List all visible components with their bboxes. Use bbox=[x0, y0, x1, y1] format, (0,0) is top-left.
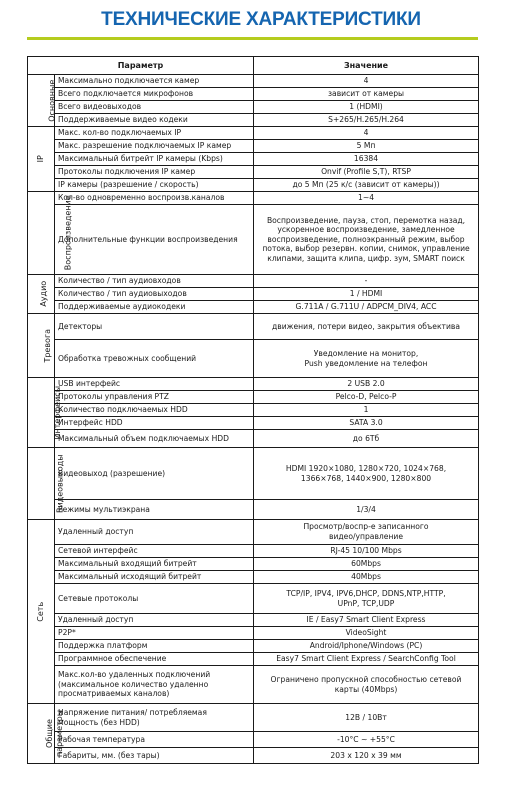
group-cell-ip: IP bbox=[28, 127, 55, 192]
value-cell: RJ-45 10/100 Mbps bbox=[254, 545, 479, 558]
group-cell-general: Общиепараметры bbox=[28, 704, 55, 764]
param-cell: Дополнительные функции воспроизведения bbox=[55, 205, 254, 275]
value-cell: - bbox=[254, 275, 479, 288]
value-cell: 40Mbps bbox=[254, 571, 479, 584]
param-cell: Максимально подключается камер bbox=[55, 75, 254, 88]
table-row: Габариты, мм. (без тары)203 x 120 x 39 м… bbox=[28, 748, 479, 764]
value-cell: Просмотр/воспр-е записанноговидео/управл… bbox=[254, 520, 479, 545]
table-row: Поддержка платформAndroid/Iphone/Windows… bbox=[28, 640, 479, 653]
value-cell: 12В / 10Вт bbox=[254, 704, 479, 732]
table-header-row: Параметр Значение bbox=[28, 57, 479, 75]
table-row: Поддерживаемые аудиокодекиG.711A / G.711… bbox=[28, 301, 479, 314]
group-label: Интерфейсы bbox=[53, 386, 63, 440]
param-cell: Обработка тревожных сообщений bbox=[55, 340, 254, 378]
param-cell: Макс. разрешение подключаемых IP камер bbox=[55, 140, 254, 153]
param-cell: Рабочая температура bbox=[55, 732, 254, 748]
table-row: Обработка тревожных сообщенийУведомление… bbox=[28, 340, 479, 378]
table-row: Программное обеспечениеEasy7 Smart Clien… bbox=[28, 653, 479, 666]
group-cell-interfaces: Интерфейсы bbox=[28, 378, 55, 448]
value-cell: до 5 Мп (25 к/с (зависит от камеры)) bbox=[254, 179, 479, 192]
table-row: Максимальный битрейт IP камеры (Kbps)163… bbox=[28, 153, 479, 166]
param-cell: Сетевые протоколы bbox=[55, 584, 254, 614]
value-cell: 60Mbps bbox=[254, 558, 479, 571]
table-row: Сетевые протоколыTCP/IP, IPV4, IPV6,DHCP… bbox=[28, 584, 479, 614]
table-row: Всего подключается микрофоновзависит от … bbox=[28, 88, 479, 101]
group-cell-network: Сеть bbox=[28, 520, 55, 704]
param-cell: Всего видеовыходов bbox=[55, 101, 254, 114]
param-cell: Сетевой интерфейс bbox=[55, 545, 254, 558]
value-cell: 1~4 bbox=[254, 192, 479, 205]
spec-table: Параметр Значение ОсновныеМаксимально по… bbox=[27, 56, 479, 764]
value-cell: Onvif (Profile S,T), RTSP bbox=[254, 166, 479, 179]
table-row: Макс. разрешение подключаемых IP камер5 … bbox=[28, 140, 479, 153]
value-cell: 4 bbox=[254, 75, 479, 88]
table-row: IPМакс. кол-во подключаемых IP4 bbox=[28, 127, 479, 140]
value-cell: VideoSight bbox=[254, 627, 479, 640]
title-underline bbox=[27, 37, 478, 40]
table-row: СетьУдаленный доступПросмотр/воспр-е зап… bbox=[28, 520, 479, 545]
table-row: Макс.кол-во удаленных подключений(максим… bbox=[28, 666, 479, 704]
table-row: ВоспроизведениеКол-во одновременно воспр… bbox=[28, 192, 479, 205]
value-cell: 2 USB 2.0 bbox=[254, 378, 479, 391]
table-row: ОбщиепараметрыНапряжение питания/ потреб… bbox=[28, 704, 479, 732]
param-cell: Поддержка платформ bbox=[55, 640, 254, 653]
table-row: Протоколы подключения IP камерOnvif (Pro… bbox=[28, 166, 479, 179]
value-cell: 1 / HDMI bbox=[254, 288, 479, 301]
table-row: ВидеовыходыВидеовыход (разрешение)HDMI 1… bbox=[28, 448, 479, 500]
value-cell: S+265/H.265/H.264 bbox=[254, 114, 479, 127]
value-cell: 1 bbox=[254, 404, 479, 417]
group-label: Аудио bbox=[39, 281, 49, 307]
param-cell: Максимальный объем подключаемых HDD bbox=[55, 430, 254, 448]
param-cell: Напряжение питания/ потребляемаямощность… bbox=[55, 704, 254, 732]
group-label: Воспроизведение bbox=[64, 196, 74, 271]
group-cell-audio: Аудио bbox=[28, 275, 55, 314]
value-cell: Easy7 Smart Client Express / SearchConfi… bbox=[254, 653, 479, 666]
param-cell: Удаленный доступ bbox=[55, 520, 254, 545]
value-cell: TCP/IP, IPV4, IPV6,DHCP, DDNS,NTP,HTTP,U… bbox=[254, 584, 479, 614]
group-cell-video-outputs: Видеовыходы bbox=[28, 448, 55, 520]
param-cell: Протоколы управления PTZ bbox=[55, 391, 254, 404]
value-cell: зависит от камеры bbox=[254, 88, 479, 101]
table-row: Поддерживаемые видео кодекиS+265/H.265/H… bbox=[28, 114, 479, 127]
spec-table-body: ОсновныеМаксимально подключается камер4В… bbox=[28, 75, 479, 764]
param-cell: P2P* bbox=[55, 627, 254, 640]
table-row: ТревогаДетекторыдвижения, потери видео, … bbox=[28, 314, 479, 340]
group-label: Тревога bbox=[43, 329, 53, 363]
param-cell: Максимальный исходящий битрейт bbox=[55, 571, 254, 584]
table-row: Рабочая температура-10°C ~ +55°C bbox=[28, 732, 479, 748]
param-cell: Количество / тип аудиовыходов bbox=[55, 288, 254, 301]
param-cell: Габариты, мм. (без тары) bbox=[55, 748, 254, 764]
param-cell: Режимы мультиэкрана bbox=[55, 500, 254, 520]
group-cell-alarm: Тревога bbox=[28, 314, 55, 378]
table-row: Максимальный объем подключаемых HDDдо 6Т… bbox=[28, 430, 479, 448]
group-label: IP bbox=[36, 155, 46, 162]
group-label: Общиепараметры bbox=[45, 710, 64, 757]
param-cell: Макс. кол-во подключаемых IP bbox=[55, 127, 254, 140]
table-row: Интерфейс HDDSATA 3.0 bbox=[28, 417, 479, 430]
param-cell: IP камеры (разрешение / скорость) bbox=[55, 179, 254, 192]
table-row: Режимы мультиэкрана1/3/4 bbox=[28, 500, 479, 520]
group-label: Видеовыходы bbox=[56, 454, 66, 513]
value-cell: G.711A / G.711U / ADPCM_DIV4, ACC bbox=[254, 301, 479, 314]
group-label: Основные bbox=[47, 79, 57, 121]
table-row: Максимальный входящий битрейт60Mbps bbox=[28, 558, 479, 571]
param-cell: Интерфейс HDD bbox=[55, 417, 254, 430]
group-label: Сеть bbox=[36, 602, 46, 622]
value-cell: 4 bbox=[254, 127, 479, 140]
value-cell: до 6Тб bbox=[254, 430, 479, 448]
value-cell: 1 (HDMI) bbox=[254, 101, 479, 114]
value-cell: 1/3/4 bbox=[254, 500, 479, 520]
table-row: Удаленный доступIE / Easy7 Smart Client … bbox=[28, 614, 479, 627]
param-cell: Количество / тип аудиовходов bbox=[55, 275, 254, 288]
table-row: Количество подключаемых HDD1 bbox=[28, 404, 479, 417]
value-cell: движения, потери видео, закрытия объекти… bbox=[254, 314, 479, 340]
table-row: IP камеры (разрешение / скорость)до 5 Мп… bbox=[28, 179, 479, 192]
value-cell: HDMI 1920×1080, 1280×720, 1024×768,1366×… bbox=[254, 448, 479, 500]
table-row: Всего видеовыходов1 (HDMI) bbox=[28, 101, 479, 114]
param-cell: Видеовыход (разрешение) bbox=[55, 448, 254, 500]
param-cell: Удаленный доступ bbox=[55, 614, 254, 627]
group-cell-osnovnye: Основные bbox=[28, 75, 55, 127]
param-cell: Поддерживаемые видео кодеки bbox=[55, 114, 254, 127]
param-cell: Макс.кол-во удаленных подключений(максим… bbox=[55, 666, 254, 704]
value-cell: Уведомление на монитор,Push уведомление … bbox=[254, 340, 479, 378]
param-cell: Программное обеспечение bbox=[55, 653, 254, 666]
param-cell: Детекторы bbox=[55, 314, 254, 340]
param-cell: Количество подключаемых HDD bbox=[55, 404, 254, 417]
table-row: ИнтерфейсыUSB интерфейс2 USB 2.0 bbox=[28, 378, 479, 391]
value-cell: -10°C ~ +55°C bbox=[254, 732, 479, 748]
group-cell-playback: Воспроизведение bbox=[28, 192, 55, 275]
value-cell: 16384 bbox=[254, 153, 479, 166]
table-row: Максимальный исходящий битрейт40Mbps bbox=[28, 571, 479, 584]
value-cell: Ограничено пропускной способностью сетев… bbox=[254, 666, 479, 704]
value-cell: Pelco-D, Pelco-P bbox=[254, 391, 479, 404]
param-cell: Поддерживаемые аудиокодеки bbox=[55, 301, 254, 314]
header-parameter: Параметр bbox=[28, 57, 254, 75]
value-cell: 5 Мп bbox=[254, 140, 479, 153]
header-value: Значение bbox=[254, 57, 479, 75]
value-cell: Воспроизведение, пауза, стоп, перемотка … bbox=[254, 205, 479, 275]
page-title: ТЕХНИЧЕСКИЕ ХАРАКТЕРИСТИКИ bbox=[0, 9, 522, 31]
param-cell: Протоколы подключения IP камер bbox=[55, 166, 254, 179]
param-cell: USB интерфейс bbox=[55, 378, 254, 391]
param-cell: Всего подключается микрофонов bbox=[55, 88, 254, 101]
table-row: Дополнительные функции воспроизведенияВо… bbox=[28, 205, 479, 275]
table-row: Сетевой интерфейсRJ-45 10/100 Mbps bbox=[28, 545, 479, 558]
table-row: P2P*VideoSight bbox=[28, 627, 479, 640]
table-row: Протоколы управления PTZPelco-D, Pelco-P bbox=[28, 391, 479, 404]
param-cell: Максимальный входящий битрейт bbox=[55, 558, 254, 571]
value-cell: Android/Iphone/Windows (PC) bbox=[254, 640, 479, 653]
param-cell: Кол-во одновременно воспроизв.каналов bbox=[55, 192, 254, 205]
value-cell: 203 x 120 x 39 мм bbox=[254, 748, 479, 764]
table-row: Количество / тип аудиовыходов1 / HDMI bbox=[28, 288, 479, 301]
table-row: ОсновныеМаксимально подключается камер4 bbox=[28, 75, 479, 88]
table-row: АудиоКоличество / тип аудиовходов- bbox=[28, 275, 479, 288]
param-cell: Максимальный битрейт IP камеры (Kbps) bbox=[55, 153, 254, 166]
value-cell: IE / Easy7 Smart Client Express bbox=[254, 614, 479, 627]
value-cell: SATA 3.0 bbox=[254, 417, 479, 430]
